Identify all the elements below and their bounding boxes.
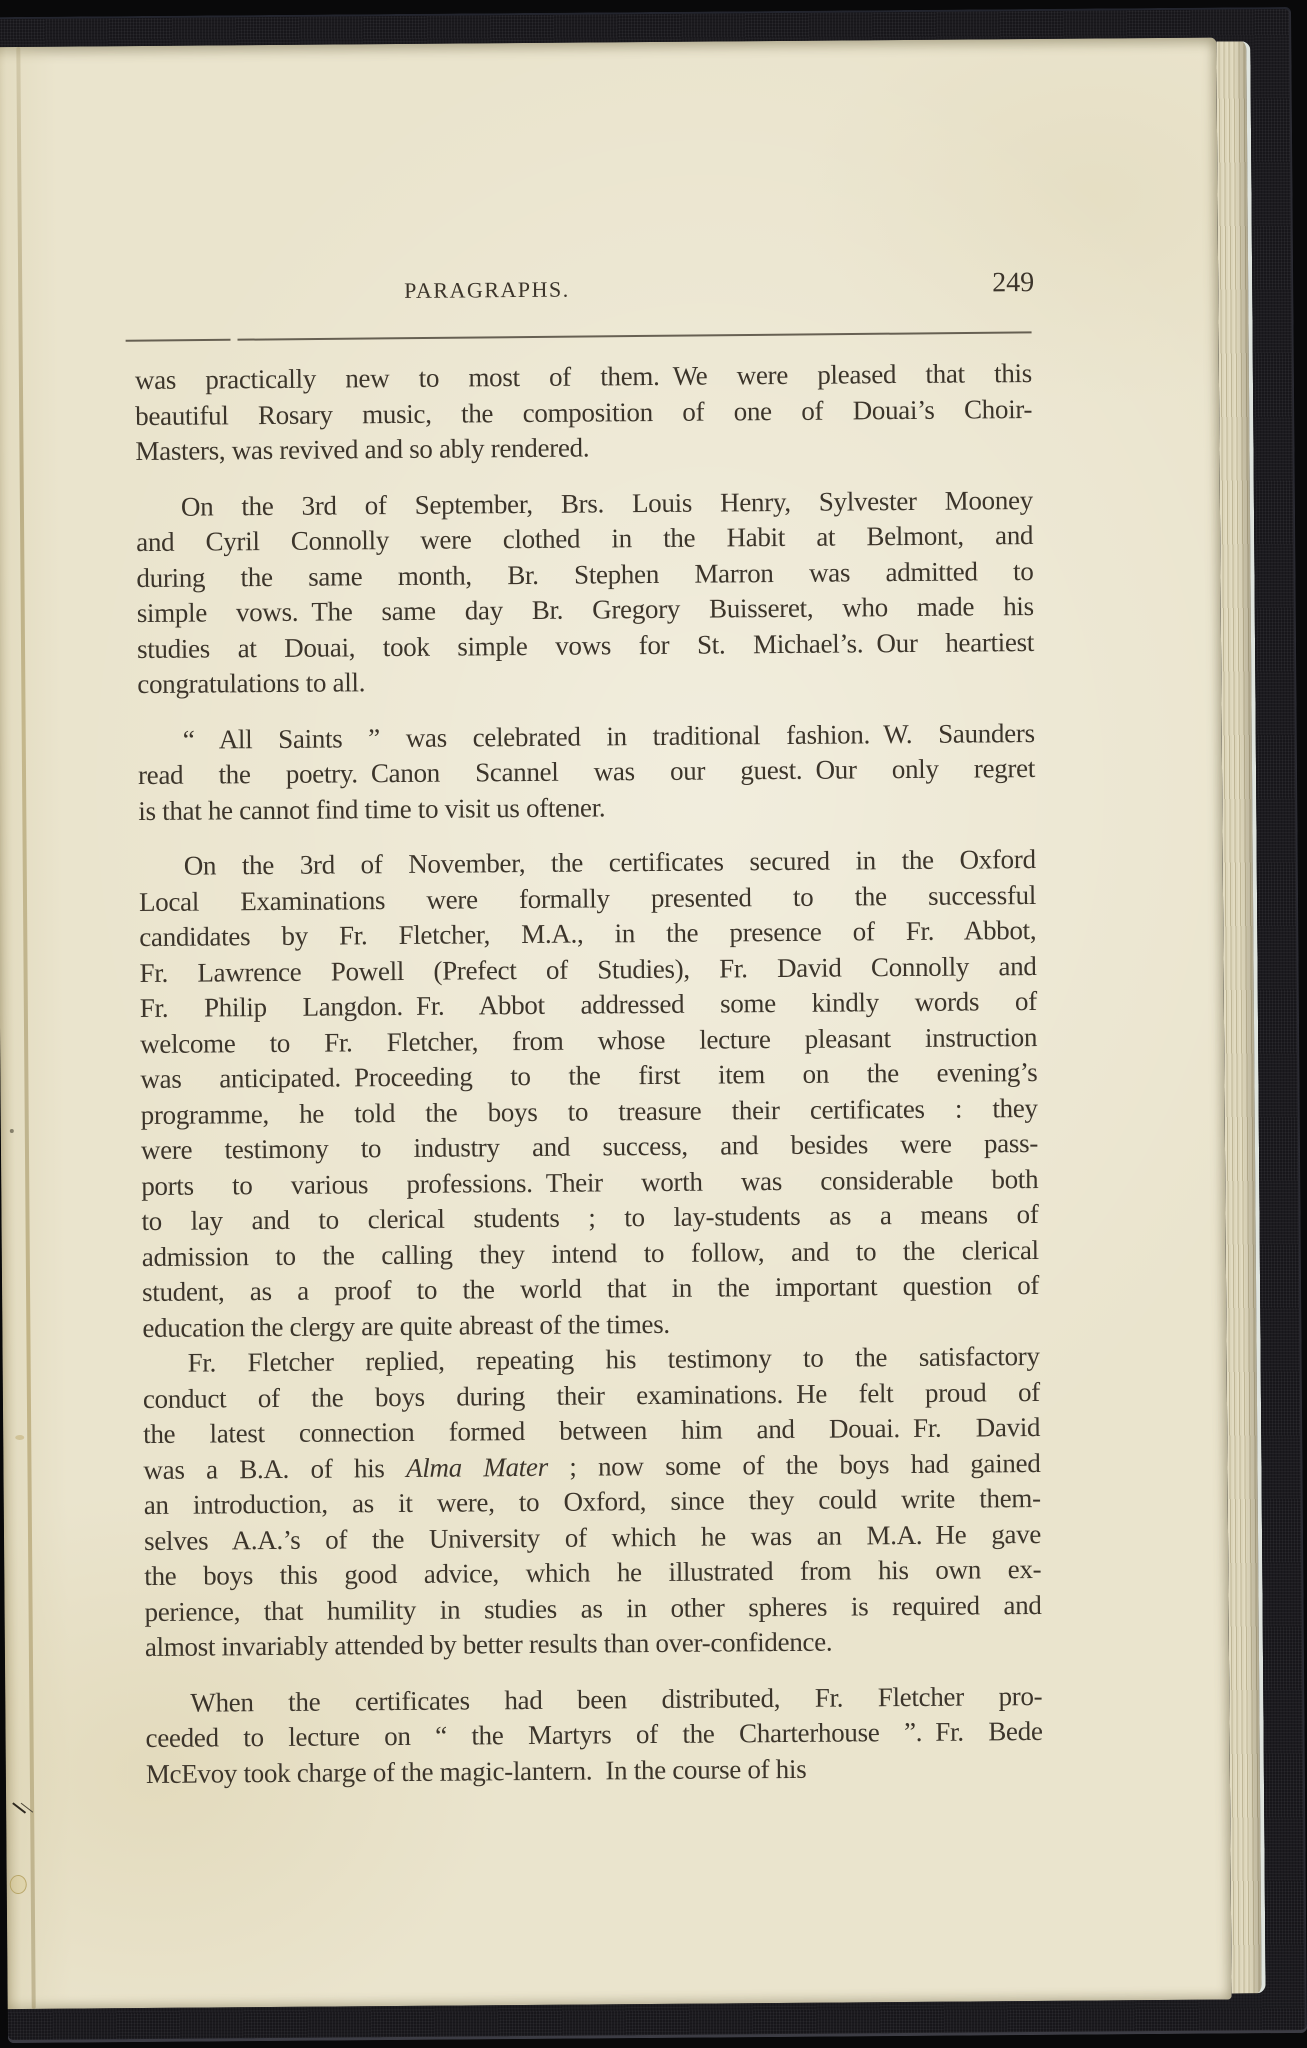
text-line: beautiful Rosary music, the composition … [135,392,1032,435]
paragraph: On the 3rd of September, Brs. Louis Henr… [136,483,1035,703]
text-line: congratulations to all. [137,660,1034,703]
text-line: McEvoy took charge of the magic-lantern.… [146,1749,1043,1792]
text-line: student, as a proof to the world that in… [142,1268,1039,1311]
text-line: read the poetry. Canon Scannel was our g… [138,751,1035,794]
text-line: studies at Douai, took simple vows for S… [137,625,1034,668]
paragraph: When the certificates had been distribut… [145,1678,1043,1792]
scanned-book-photo: { "document": { "running_head": "PARAGRA… [0,0,1307,2048]
text-line: almost invariably attended by better res… [145,1623,1042,1666]
text-line: Masters, was revived and so ably rendere… [135,427,1032,470]
running-head: PARAGRAPHS. [404,277,570,304]
paragraph: “ All Saints ” was celebrated in traditi… [138,715,1036,829]
paragraph: Fr. Fletcher replied, repeating his test… [143,1339,1042,1666]
header-rule [126,331,1032,341]
page-sheet: PARAGRAPHS. 249 was practically new to m… [0,38,1232,2010]
gutter-shade [0,47,78,2009]
paragraph: On the 3rd of November, the certificates… [139,842,1040,1346]
paper-stain-ring [10,1875,27,1894]
text-line: ceeded to lecture on “ the Martyrs of th… [145,1714,1042,1757]
paper-speck [10,1129,14,1133]
text-line: perience, that humility in studies as in… [144,1587,1041,1630]
text-line: is that he cannot find time to visit us … [138,786,1035,829]
paper-speck [15,1435,24,1440]
page-number: 249 [952,267,1034,300]
book: PARAGRAPHS. 249 was practically new to m… [0,5,1307,2043]
text-block: was practically new to most of them. We … [135,356,1043,1792]
paragraph: was practically new to most of them. We … [135,356,1033,470]
